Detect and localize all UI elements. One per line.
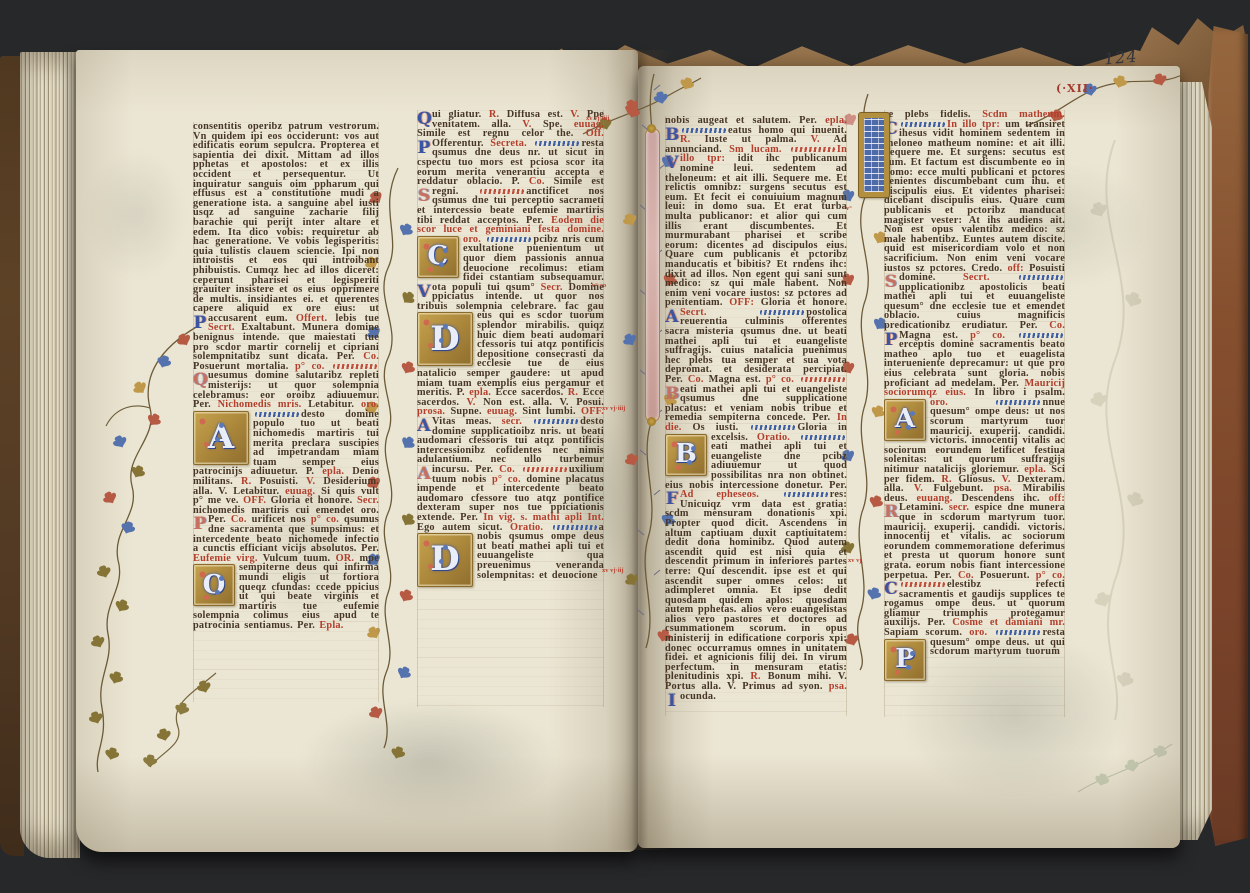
faint-sprig-bottom-right	[1072, 732, 1182, 802]
pen-initial-A: A	[417, 465, 431, 484]
line-filler	[535, 141, 579, 146]
initial-letter: A	[895, 415, 915, 425]
manuscript-book: consentitis operibz patrum vestrorum. Vn…	[0, 0, 1250, 893]
body-text: idit ihc publicanum nomine leui. sedente…	[665, 153, 847, 308]
pen-initial-C: C	[884, 580, 898, 599]
body-text: upplicationibz apostolicis beati mathei …	[884, 282, 1065, 331]
line-filler	[801, 377, 845, 382]
line-filler	[1019, 275, 1063, 280]
line-filler	[751, 425, 795, 430]
line-filler	[534, 419, 578, 424]
body-text: eati mathei apli tui et euangeliste qsum…	[665, 384, 847, 424]
initial-letter: D	[430, 335, 460, 345]
marginal-note: xv vj·iij	[602, 568, 628, 575]
initial-letter: A	[208, 433, 235, 443]
right-cover-board	[1206, 26, 1248, 846]
tall-bar-initial-I	[645, 128, 660, 422]
pen-initial-S: S	[884, 273, 898, 292]
body-text: ocunda.	[680, 691, 716, 702]
pen-initial-P: P	[884, 331, 898, 350]
folio-number: 124	[1103, 47, 1138, 69]
rubric-text: Nichomedis mris.	[218, 399, 309, 410]
initial-letter: C	[428, 252, 449, 262]
illuminated-initial-P: P	[884, 639, 926, 681]
initial-letter: D	[430, 555, 460, 565]
line-filler	[523, 467, 567, 472]
marginal-note: xv vj·iiij	[602, 406, 628, 413]
pen-initial-A: A	[417, 417, 431, 436]
illuminated-initial-B: B	[665, 434, 707, 476]
line-filler	[487, 237, 531, 242]
text-column-2: Qui gliatur. R. Diffusa est. V. Ppe veni…	[417, 110, 604, 707]
line-filler	[1019, 333, 1063, 338]
line-filler	[333, 364, 377, 369]
line-filler	[784, 492, 828, 497]
rubric-text: psa.	[829, 681, 847, 692]
pen-initial-B: B	[665, 126, 679, 145]
pen-initial-R: R	[884, 503, 898, 522]
pen-initial-Q: Q	[417, 110, 431, 129]
pen-initial-S: S	[417, 187, 431, 206]
body-text: res: Unicuiqz vrm data est gratia: scdm …	[665, 489, 847, 682]
pen-initial-F: F	[665, 490, 679, 509]
show-through-ghost-vine	[1055, 140, 1185, 720]
illuminated-initial-D: D	[417, 312, 473, 366]
initial-letter: O	[203, 581, 226, 591]
quire-mark: (·XII·	[1056, 82, 1094, 95]
illuminated-initial-A: A	[193, 411, 249, 465]
illuminated-initial-A: A	[884, 399, 926, 441]
line-filler	[480, 189, 524, 194]
illuminated-initial-C: C	[417, 236, 459, 278]
marginal-note: v°	[846, 206, 872, 213]
initial-letter: B	[675, 450, 697, 460]
line-filler	[901, 122, 945, 127]
text-column-4: re plebs fidelis. Scdm matheum. In illo …	[884, 110, 1065, 717]
line-filler	[801, 435, 845, 440]
marginal-note: v°·co	[592, 283, 618, 290]
body-text: um transiret ihesus vidit hominem sedent…	[884, 119, 1065, 274]
pen-initial-P: P	[417, 139, 431, 158]
line-filler	[682, 128, 726, 133]
line-filler	[553, 525, 597, 530]
marginal-note: xv vj	[848, 558, 874, 565]
body-text: a nobis qsumus ompe deus ut beati mathei…	[477, 522, 604, 581]
text-column-1: consentitis operibz patrum vestrorum. Vn…	[193, 122, 379, 702]
pen-initial-I: I	[665, 692, 679, 711]
line-filler	[996, 630, 1040, 635]
pen-initial-B: B	[665, 385, 679, 404]
rubric-text: Co.	[363, 351, 379, 362]
pen-initial-V: V	[417, 283, 431, 302]
illuminated-bar-initial	[858, 112, 890, 198]
line-filler	[255, 412, 299, 417]
body-text: consentitis operibz patrum vestrorum. Vn…	[193, 122, 379, 324]
illuminated-initial-O: O	[193, 564, 235, 606]
pen-initial-A: A	[665, 308, 679, 327]
line-filler	[760, 310, 804, 315]
left-page-stack-edges	[20, 52, 80, 858]
pen-initial-V: V	[665, 154, 679, 173]
rubric-text: Epla.	[319, 620, 343, 631]
illuminated-initial-D: D	[417, 533, 473, 587]
rubric-text: V.	[811, 134, 834, 145]
initial-letter: P	[895, 655, 915, 665]
line-filler	[996, 400, 1040, 405]
text-column-3: nobis augeat et salutem. Per. epla. Beat…	[665, 116, 847, 716]
line-filler	[901, 582, 945, 587]
pen-initial-Q: Q	[193, 371, 207, 390]
pen-initial-P: P	[193, 515, 207, 534]
line-filler	[791, 147, 835, 152]
marginal-note: xv vj·iiij	[586, 116, 612, 123]
rubric-text: Co.	[1049, 320, 1065, 331]
pen-initial-P: P	[193, 314, 207, 333]
